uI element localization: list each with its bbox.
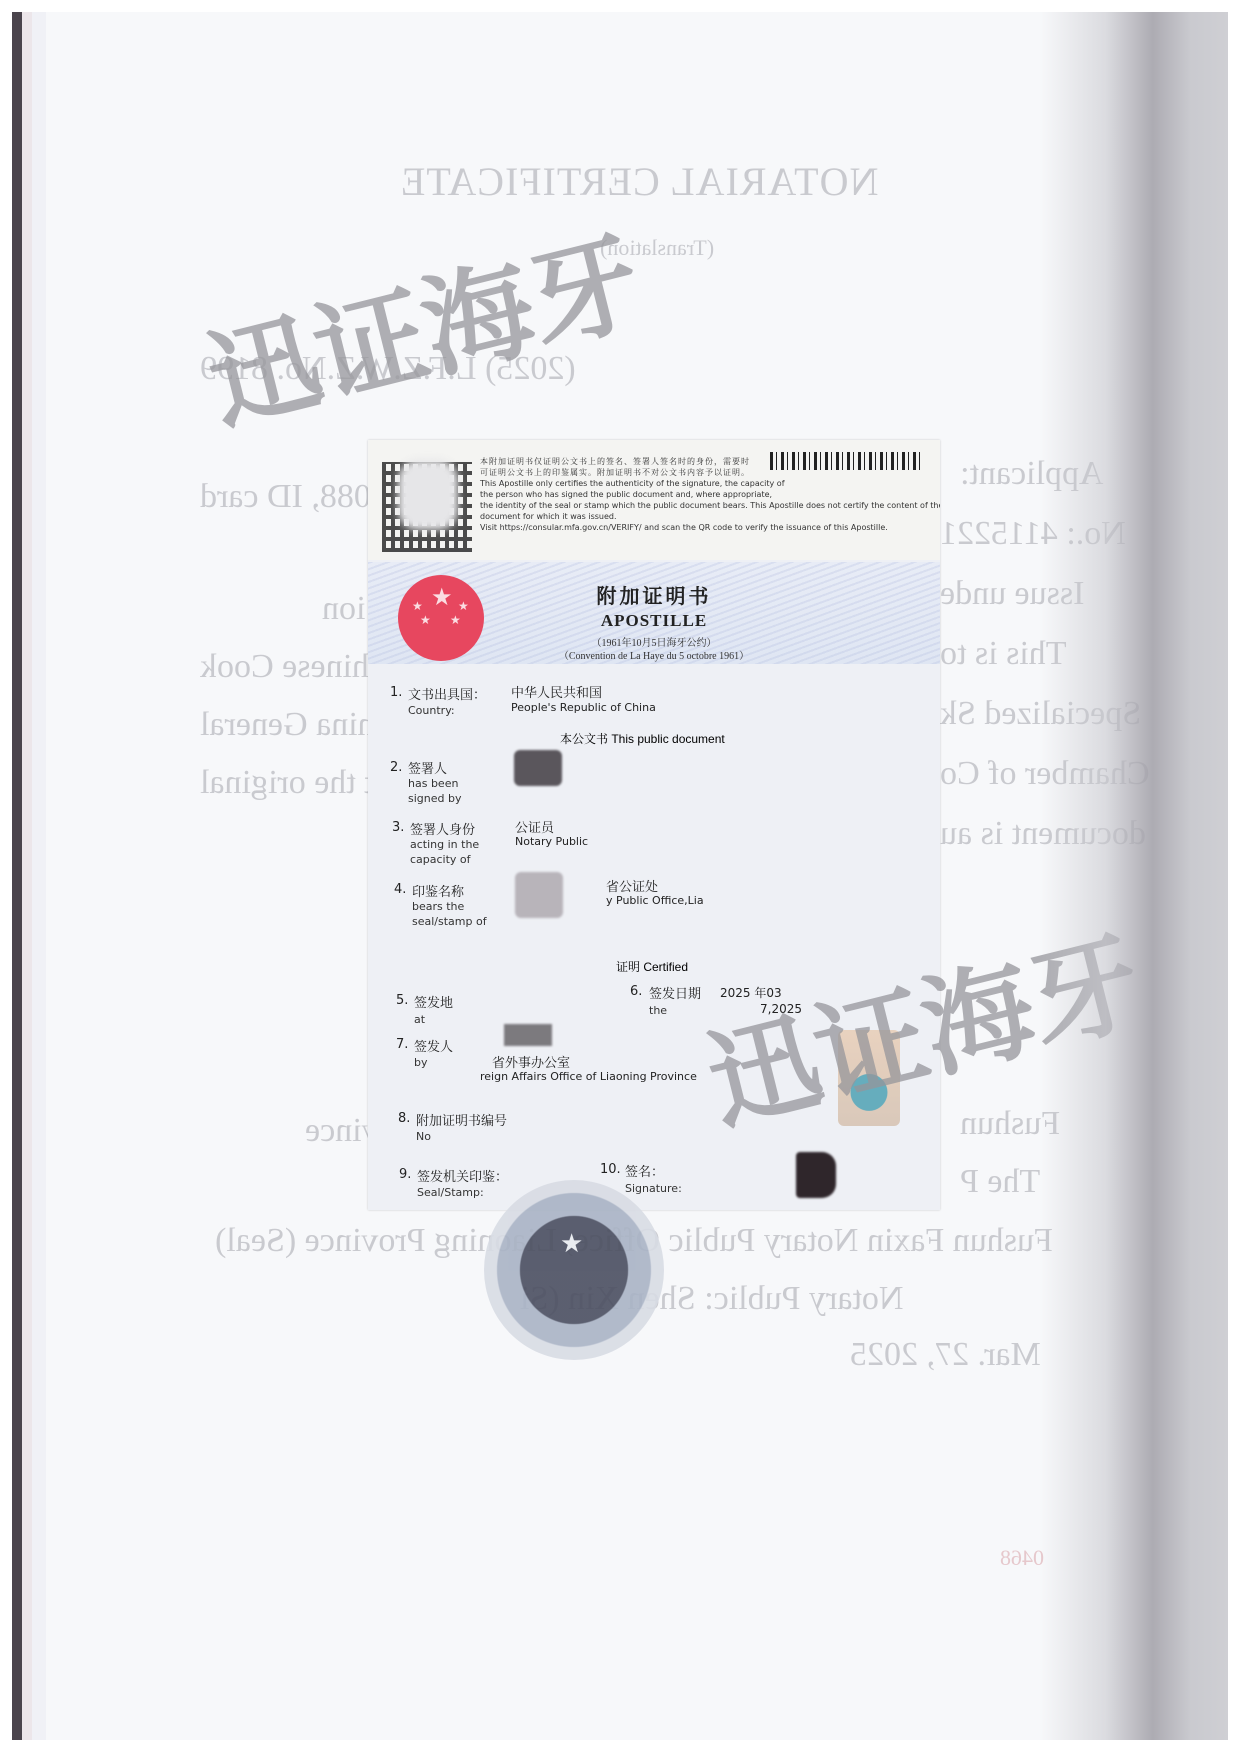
title-cn: 附加证明书: [368, 580, 940, 609]
binding-edge: [12, 12, 22, 1740]
ghost-fragment: hinese Cook: [200, 648, 369, 686]
redacted-signature: [796, 1152, 836, 1198]
title-en: APOSTILLE: [368, 611, 940, 631]
ghost-fragment: hina General: [200, 706, 375, 744]
page-margin: [32, 12, 46, 1740]
page-curl-shadow: [1040, 12, 1228, 1740]
apostille-header-strip: 本附加证明书仅证明公文书上的签名、签署人签名时的身份，需要时 可证明公文书上的印…: [368, 440, 940, 560]
ghost-fragment: t the original: [200, 764, 374, 802]
ghost-serial: 0468: [1000, 1545, 1044, 1571]
ghost-fragment: The P: [960, 1163, 1040, 1201]
ghost-title: NOTARIAL CERTIFICATE: [400, 158, 878, 205]
convention-cn: （1961年10月5日海牙公约）: [368, 637, 940, 650]
apostille-title-block: 附加证明书 APOSTILLE （1961年10月5日海牙公约） （Conven…: [368, 580, 940, 663]
redacted-office: [515, 872, 563, 918]
barcode: [770, 452, 920, 470]
ghost-fragment: 088, ID card: [200, 478, 371, 516]
convention-fr: （Convention de La Haye du 5 octobre 1961…: [368, 650, 940, 663]
qr-redaction: [398, 460, 458, 530]
redacted-signer: [514, 750, 562, 786]
ghost-date-line: Mar. 27, 2025: [850, 1336, 1041, 1374]
embossed-seal-icon: ★: [484, 1180, 664, 1360]
redacted-issuer: [504, 1024, 552, 1046]
certified: 证明 Certified: [616, 958, 688, 975]
this-public-document: 本公文书 This public document: [560, 730, 725, 747]
binding-edge-inner: [22, 12, 32, 1740]
ghost-fragment: ion: [322, 590, 365, 628]
